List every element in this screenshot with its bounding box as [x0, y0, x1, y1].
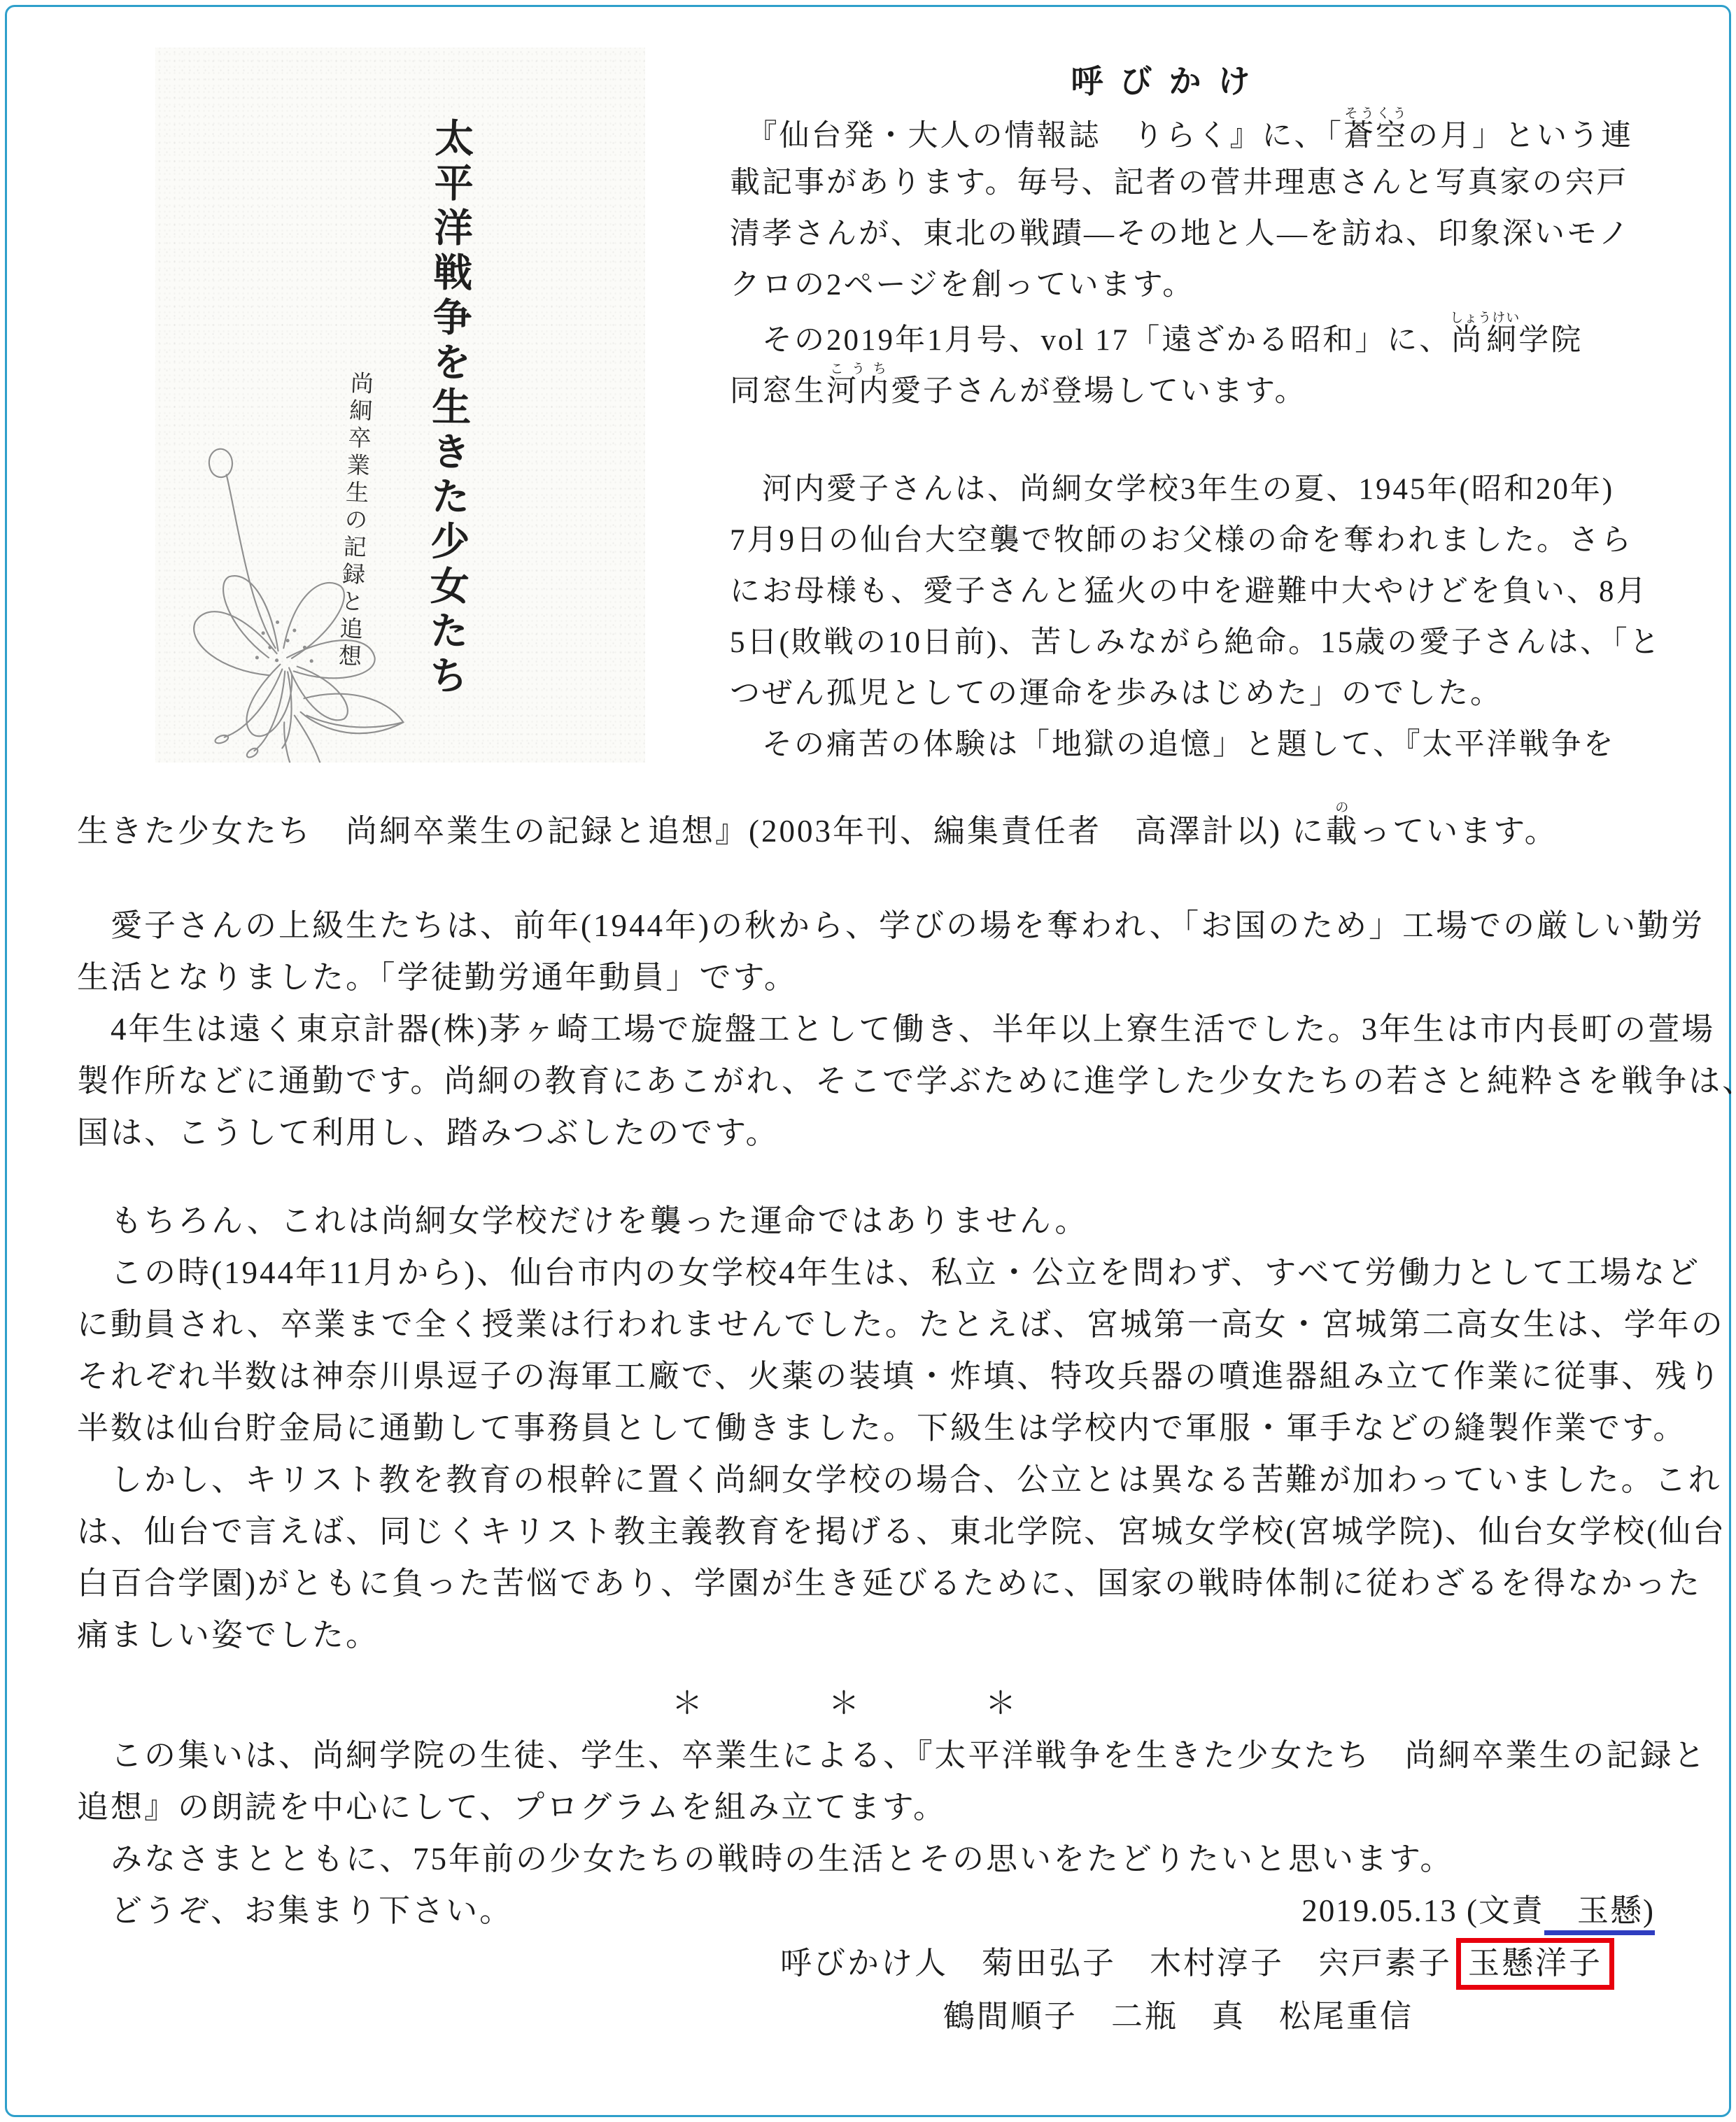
text-line: 載記事があります。毎号、記者の菅井理恵さんと写真家の宍戸 [730, 157, 1639, 208]
text-line: 生きた少女たち 尚絅卒業生の記録と追想』(2003年刊、編集責任者 高澤計以) … [77, 800, 1686, 852]
signature-underline: 玉懸) [1544, 1893, 1655, 1935]
text-line: 『仙台発・大人の情報誌 りらく』に、「蒼空そうくうの月」という連 [730, 106, 1639, 157]
text-line: 痛ましい姿でした。 [77, 1609, 1686, 1661]
date-line: 2019.05.13 (文責 玉懸) [77, 1885, 1655, 1937]
text-line: その2019年1月号、vol 17「遠ざかる昭和」に、尚絅しょうけい学院 [730, 311, 1639, 362]
furigana-shoukei: 尚絅しょうけい [1451, 324, 1518, 357]
lily-flower-drawing [168, 429, 413, 763]
text-line: 半数は仙台貯金局に通勤して事務員として働きました。下級生は学校内で軍服・軍手など… [77, 1402, 1686, 1454]
text-line: 5日(敗戦の10日前)、苦しみながら絶命。15歳の愛子さんは、「と [730, 617, 1639, 668]
text-line: みなさまとともに、75年前の少女たちの戦時の生活とその思いをたどりたいと思います… [77, 1833, 1686, 1885]
text-line: 製作所などに通勤です。尚絅の教育にあこがれ、そこで学ぶために進学した少女たちの若… [77, 1055, 1686, 1107]
highlighted-name-box: 玉懸洋子 [1456, 1938, 1614, 1990]
signers-row-1: 呼びかけ人 菊田弘子 木村淳子 宍戸素子玉懸洋子 [780, 1937, 1614, 1990]
furigana-kouchi: 河内こうち [826, 375, 891, 408]
furigana-no: 載の [1325, 814, 1359, 849]
text-line: 清孝さんが、東北の戦蹟―その地と人―を訪ね、印象深いモノ [730, 208, 1639, 260]
text-line: 白百合学園)がともに負った苦悩であり、学園が生き延びるために、国家の戦時体制に従… [77, 1557, 1686, 1609]
text-line: 国は、こうして利用し、踏みつぶしたのです。 [77, 1107, 1686, 1159]
text-line: 愛子さんの上級生たちは、前年(1944年)の秋から、学びの場を奪われ、「お国のた… [77, 900, 1686, 952]
text-line: 生活となりました。「学徒勤労通年動員」です。 [77, 952, 1686, 1003]
text-line: 河内愛子さんは、尚絅女学校3年生の夏、1945年(昭和20年) [730, 464, 1639, 515]
text-line: それぞれ半数は神奈川県逗子の海軍工廠で、火薬の装填・炸填、特攻兵器の噴進器組み立… [77, 1350, 1686, 1402]
text-line: にお母様も、愛子さんと猛火の中を避難中大やけどを負い、8月 [730, 566, 1639, 617]
text-line: この集いは、尚絅学院の生徒、学生、卒業生による、『太平洋戦争を生きた少女たち 尚… [77, 1730, 1686, 1781]
date-text: 2019.05.13 (文責 [1301, 1893, 1544, 1928]
blank-line [730, 413, 1639, 464]
section-separator: ＊ ＊ ＊ [77, 1678, 1658, 1730]
scanned-document-page: 尚絅卒業生の記録と追想 太平洋戦争を生きた少女たち 呼びかけ 『仙台発・大人の情… [0, 0, 1736, 2122]
wrap-line: 生きた少女たち 尚絅卒業生の記録と追想』(2003年刊、編集責任者 高澤計以) … [77, 800, 1686, 852]
text-line: クロの2ページを創っています。 [730, 260, 1639, 311]
text-line: この時(1944年11月から)、仙台市内の女学校4年生は、私立・公立を問わず、す… [77, 1247, 1686, 1299]
page-title: 呼びかけ [730, 60, 1608, 104]
paragraph-mobilization: 愛子さんの上級生たちは、前年(1944年)の秋から、学びの場を奪われ、「お国のた… [77, 900, 1686, 1159]
text-line: 同窓生河内こうち愛子さんが登場しています。 [730, 362, 1639, 413]
book-cover-image: 尚絅卒業生の記録と追想 太平洋戦争を生きた少女たち [155, 48, 645, 763]
text-line: 追想』の朗読を中心にして、プログラムを組み立てます。 [77, 1781, 1686, 1833]
text-line: は、仙台で言えば、同じくキリスト教主義教育を掲げる、東北学院、宮城女学校(宮城学… [77, 1506, 1686, 1557]
paragraph-sendai-schools: もちろん、これは尚絅女学校だけを襲った運命ではありません。 この時(1944年1… [77, 1195, 1686, 1661]
text-line: に動員され、卒業まで全く授業は行われませんでした。たとえば、宮城第一高女・宮城第… [77, 1299, 1686, 1350]
text-line: しかし、キリスト教を教育の根幹に置く尚絅女学校の場合、公立とは異なる苦難が加わっ… [77, 1454, 1686, 1506]
furigana-soukuu: 蒼空そうくう [1343, 120, 1408, 153]
text-line: その痛苦の体験は「地獄の追憶」と題して、『太平洋戦争を [730, 719, 1639, 770]
text-line: もちろん、これは尚絅女学校だけを襲った運命ではありません。 [77, 1195, 1686, 1247]
text-line: つぜん孤児としての運命を歩みはじめた」のでした。 [730, 668, 1639, 719]
text-line: 7月9日の仙台大空襲で牧師のお父様の命を奪われました。さら [730, 515, 1639, 566]
signers-names: 呼びかけ人 菊田弘子 木村淳子 宍戸素子 [780, 1946, 1452, 1981]
signers-row-2: 鶴間順子 二瓶 真 松尾重信 [943, 1990, 1413, 2043]
text-line: 4年生は遠く東京計器(株)茅ヶ崎工場で旋盤工として働き、半年以上寮生活でした。3… [77, 1003, 1686, 1055]
cover-title-vertical: 太平洋戦争を生きた少女たち [416, 118, 479, 741]
intro-column: 『仙台発・大人の情報誌 りらく』に、「蒼空そうくうの月」という連 載記事がありま… [730, 106, 1639, 770]
